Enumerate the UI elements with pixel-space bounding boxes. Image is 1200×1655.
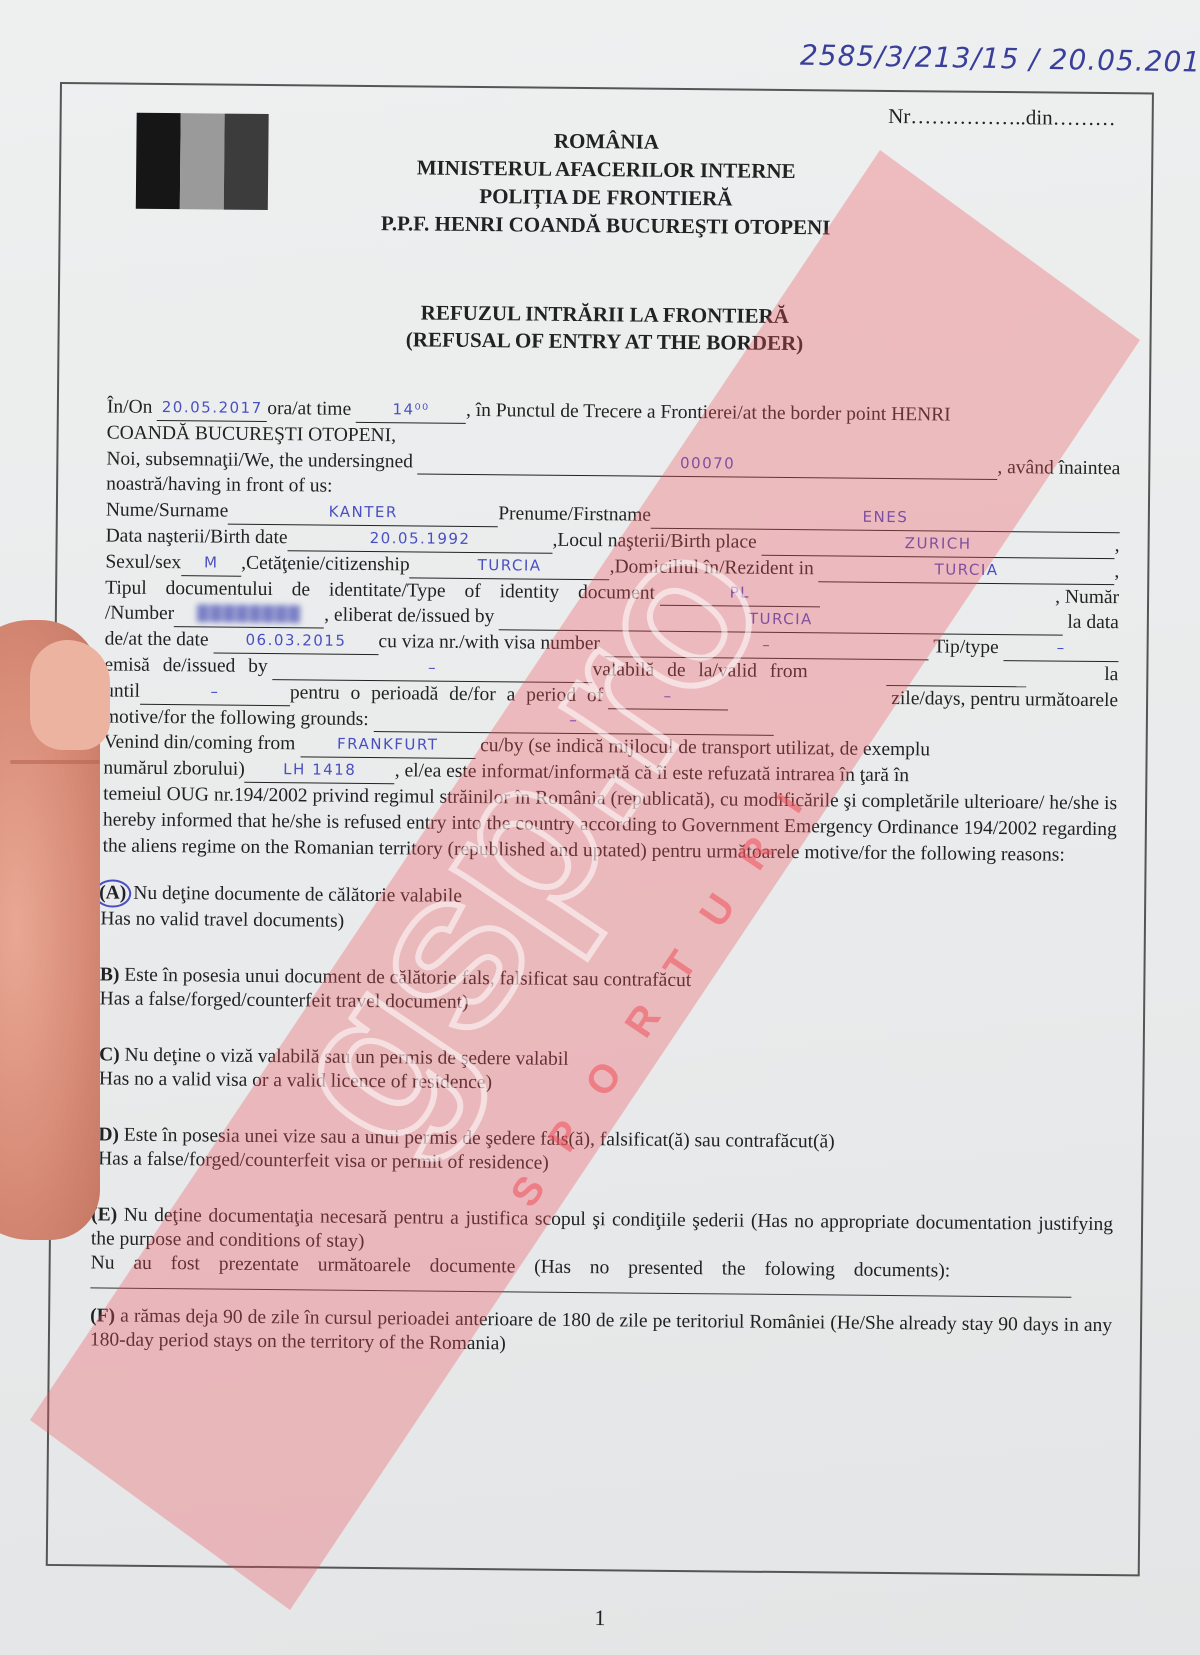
firstname-value: ENES bbox=[862, 508, 908, 526]
sex-value: M bbox=[204, 553, 219, 571]
number-value-redacted: ████████ bbox=[197, 605, 301, 624]
surname-field[interactable]: KANTER bbox=[228, 502, 498, 528]
reason-f[interactable]: (F) a rămas deja 90 de zile în cursul pe… bbox=[90, 1304, 1112, 1362]
until-field[interactable]: – bbox=[140, 681, 290, 705]
surname-value: KANTER bbox=[329, 503, 398, 522]
firstname-field[interactable]: ENES bbox=[651, 506, 1120, 533]
days-label: zile/days, pentru următoarele bbox=[891, 686, 1118, 714]
undersigned-value: 00070 bbox=[680, 454, 735, 473]
visa-issued-field[interactable]: – bbox=[272, 657, 592, 683]
doc-type-field[interactable]: PL bbox=[660, 583, 820, 608]
photographed-paper: 2585/3/213/15 / 20.05.2017 Nr……………..din…… bbox=[0, 0, 1200, 1655]
birth-date-label: Data naşterii/Birth date bbox=[106, 523, 288, 551]
visa-field[interactable]: – bbox=[605, 634, 929, 660]
coming-from-value: FRANKFURT bbox=[337, 735, 439, 754]
period-field[interactable]: – bbox=[608, 686, 728, 710]
form-header: ROMÂNIA MINISTERUL AFACERILOR INTERNE PO… bbox=[61, 122, 1152, 244]
time-field[interactable]: 14⁰⁰ bbox=[356, 400, 466, 424]
time-value: 14⁰⁰ bbox=[392, 400, 429, 418]
doc-type-value: PL bbox=[730, 584, 751, 602]
type-field[interactable]: – bbox=[1003, 638, 1118, 662]
reason-a[interactable]: (A)Nu deţine documente de călătorie vala… bbox=[94, 879, 1116, 941]
birth-date-value: 20.05.1992 bbox=[370, 529, 471, 548]
surname-label: Nume/Surname bbox=[106, 498, 229, 525]
resident-label: ,Domiciliul în/Rezident in bbox=[609, 554, 813, 582]
page-number: 1 bbox=[0, 1599, 1200, 1638]
reason-e[interactable]: (E) Nu deţine documentaţia necesară pent… bbox=[90, 1203, 1113, 1298]
reason-b[interactable]: (B) Este în posesia unui document de căl… bbox=[93, 963, 1115, 1021]
birth-date-field[interactable]: 20.05.1992 bbox=[287, 528, 552, 554]
until-value: – bbox=[210, 682, 219, 700]
period-value: – bbox=[663, 686, 672, 704]
date-field[interactable]: 20.05.2017 bbox=[157, 398, 267, 422]
visa-issued-value: – bbox=[428, 658, 437, 676]
refusal-of-entry-form: Nr……………..din……… ROMÂNIA MINISTERUL AFACE… bbox=[46, 82, 1154, 1576]
number-field[interactable]: ████████ bbox=[174, 604, 324, 628]
number-label-en: /Number bbox=[105, 601, 175, 627]
resident-field[interactable]: TURCIA bbox=[819, 559, 1115, 585]
reason-c[interactable]: (C) Nu deţine o viză valabilă sau un per… bbox=[92, 1043, 1114, 1101]
type-label: Tip/type bbox=[933, 635, 999, 661]
hand-crease bbox=[10, 760, 100, 764]
visa-issued-label: emisă de/issued by bbox=[104, 652, 268, 679]
refusal-reasons: (A)Nu deţine documente de călătorie vala… bbox=[89, 879, 1116, 1394]
until-label: la bbox=[1104, 662, 1118, 688]
reason-a-ro: Nu deţine documente de călătorie valabil… bbox=[133, 883, 462, 907]
form-fields: În/On 20.05.2017 ora/at time 14⁰⁰ , în P… bbox=[103, 394, 1121, 868]
grounds-field[interactable]: – bbox=[373, 709, 773, 736]
legal-basis-text: temeiul OUG nr.194/2002 privind regimul … bbox=[103, 781, 1118, 868]
reason-f-letter: (F) bbox=[90, 1305, 115, 1326]
having-label: , având înaintea bbox=[997, 455, 1120, 482]
handwritten-registration-number: 2585/3/213/15 / 20.05.2017 bbox=[800, 39, 1191, 79]
number-label: , Număr bbox=[1055, 584, 1119, 610]
at-date-value: 06.03.2015 bbox=[245, 631, 346, 650]
time-label: ora/at time bbox=[267, 396, 351, 423]
birth-place-value: ZURICH bbox=[905, 534, 972, 553]
reason-b-ro: Este în posesia unui document de călător… bbox=[124, 965, 691, 991]
coming-from-label: Venind din/coming from bbox=[104, 730, 296, 758]
nr-din-line: Nr……………..din……… bbox=[888, 104, 1116, 131]
birth-place-label: ,Locul naşterii/Birth place bbox=[552, 528, 756, 556]
at-date-field[interactable]: 06.03.2015 bbox=[213, 630, 378, 655]
date-value: 20.05.2017 bbox=[162, 398, 263, 417]
firstname-label: Prenume/Firstname bbox=[498, 501, 651, 528]
reason-d[interactable]: (D) Este în posesia unei vize sau a unui… bbox=[92, 1123, 1114, 1181]
visa-label: cu viza nr./with visa number bbox=[378, 629, 600, 657]
period-label: pentru o perioadă de/for a period of bbox=[290, 680, 603, 709]
flight-label: numărul zborului) bbox=[103, 756, 245, 783]
form-title: REFUZUL INTRĂRII LA FRONTIERĂ (REFUSAL O… bbox=[59, 296, 1149, 360]
grounds-label: motive/for the following grounds: bbox=[104, 704, 369, 732]
valid-from-field[interactable] bbox=[886, 663, 1026, 687]
reason-f-ro: a rămas deja 90 de zile în cursul perioa… bbox=[90, 1306, 1112, 1355]
citizenship-value: TURCIA bbox=[478, 556, 542, 575]
border-point-label: , în Punctul de Trecere a Frontierei/at … bbox=[466, 398, 951, 428]
issued-by-value: TURCIA bbox=[749, 610, 813, 629]
missing-documents-field[interactable] bbox=[90, 1285, 1071, 1297]
reason-e-ro: Nu deţine documentaţia necesară pentru a… bbox=[91, 1205, 1113, 1252]
on-label: În/On bbox=[107, 394, 153, 420]
coming-from-field[interactable]: FRANKFURT bbox=[300, 734, 475, 759]
visa-value: – bbox=[762, 636, 771, 654]
valid-from-label: valabilă de la/valid from bbox=[592, 657, 807, 685]
sex-label: Sexul/sex bbox=[105, 549, 181, 576]
flight-field[interactable]: LH 1418 bbox=[245, 760, 395, 784]
at-date-label: la data bbox=[1067, 610, 1119, 636]
resident-value: TURCIA bbox=[934, 560, 998, 579]
reason-c-ro: Nu deţine o viză valabilă sau un permis … bbox=[125, 1045, 569, 1070]
citizenship-label: ,Cetăţenie/citizenship bbox=[241, 551, 410, 578]
issued-by-label: , eliberat de/issued by bbox=[324, 603, 494, 630]
undersigned-label: Noi, subsemnaţii/We, the undersingned bbox=[106, 446, 413, 475]
grounds-value: – bbox=[569, 711, 578, 729]
holding-thumb bbox=[30, 640, 110, 750]
type-value: – bbox=[1057, 639, 1066, 657]
citizenship-field[interactable]: TURCIA bbox=[410, 555, 610, 580]
doc-type-label: Tipul documentului de identitate/Type of… bbox=[105, 575, 655, 606]
flight-value: LH 1418 bbox=[283, 760, 356, 779]
sex-field[interactable]: M bbox=[181, 553, 241, 577]
at-date-label-en: de/at the date bbox=[105, 627, 209, 654]
birth-place-field[interactable]: ZURICH bbox=[761, 533, 1114, 559]
